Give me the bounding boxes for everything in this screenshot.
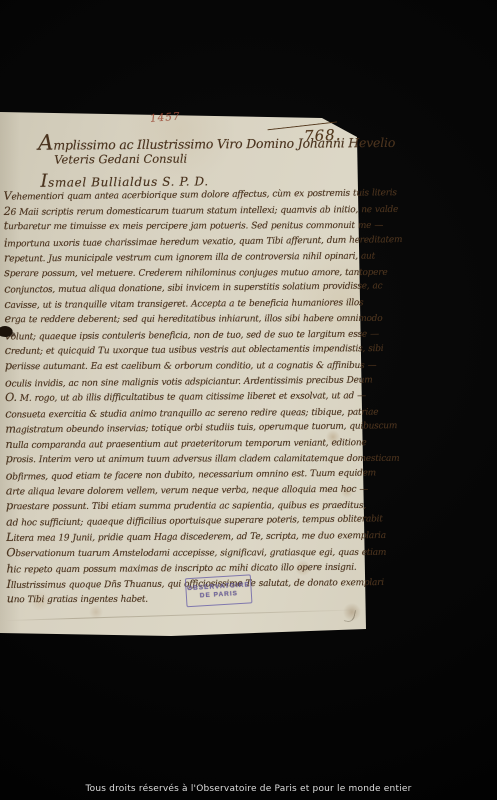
manuscript-scan: 1457 Amplissimo ac Illustrissimo Viro Do…	[0, 0, 497, 800]
archive-stamp: OBSERVATOIRE DE PARIS	[185, 574, 253, 607]
letter-body: Vehementiori quam antea acerbiorique sum…	[3, 186, 362, 609]
footer-credit: Tous droits réservés à l'Observatoire de…	[0, 784, 497, 794]
body-line: erga te reddere deberent; sed qui heredi…	[4, 311, 360, 328]
letter-heading-title: Veteris Gedani Consuli	[54, 152, 187, 167]
pencil-catalog-number: 1457	[150, 111, 182, 125]
page-number: 768.	[304, 126, 342, 146]
body-line: Litera mea 19 Junii, pridie quam Haga di…	[6, 528, 362, 546]
stamp-line2: DE PARIS	[200, 590, 239, 600]
body-line: uno Tibi gratias ingentes habet.	[7, 591, 363, 608]
body-line: Observationum tuarum Amstelodami accepis…	[6, 545, 362, 562]
body-line: volunt; quaeque ipsis contuleris benefic…	[5, 327, 361, 345]
body-line: hic repeto quam possum maximas de inscri…	[6, 560, 362, 578]
